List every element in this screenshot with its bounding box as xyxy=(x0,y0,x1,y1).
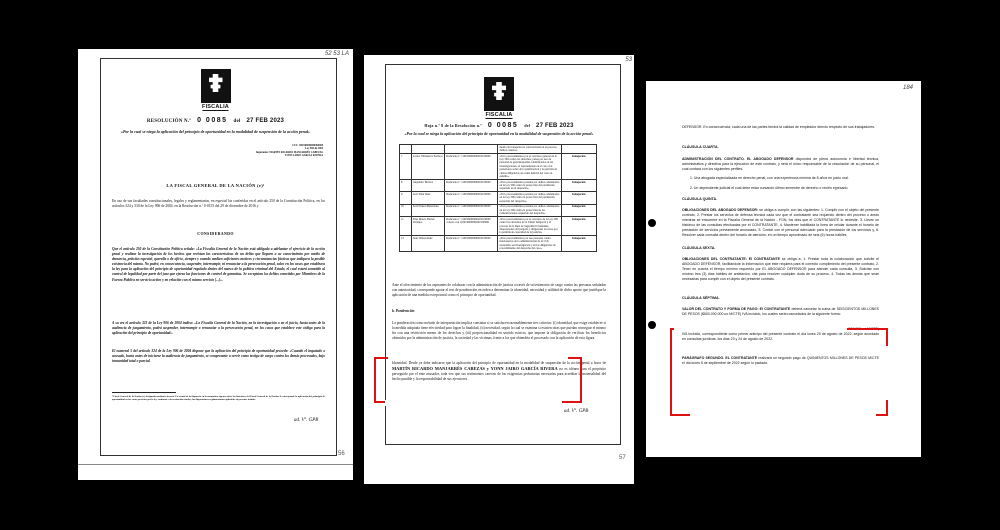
table-cell-radicado: Radicado n.º 110016000000202100000 xyxy=(445,192,498,204)
paragraph: Que el artículo 250 de la Constitución P… xyxy=(112,247,325,283)
paragraph: A su vez el artículo 323 de la Ley 906 d… xyxy=(112,321,325,336)
list-text: Un dependiente judicial el cual debe est… xyxy=(694,186,848,190)
table-cell-radicado: Radicado n.º 110016000000202100000 conex… xyxy=(445,217,498,236)
table-cell-no: 8 xyxy=(400,180,412,192)
clause-lead: VALOR DEL CONTRATO Y FORMA DE PAGO: El C… xyxy=(682,307,790,311)
table-cell-radicado xyxy=(445,145,498,154)
resolution-date: 27 FEB 2023 xyxy=(247,118,285,124)
paragraph: El numeral 5 del artículo 324 de la Ley … xyxy=(112,349,325,364)
table-cell-name: Luis Tafur Díaz xyxy=(411,192,444,204)
clause-heading: CLÁUSULA QUINTA. xyxy=(682,197,717,201)
table-cell-name: Luis Wilson Benavides xyxy=(411,204,444,216)
punch-hole xyxy=(648,219,656,227)
fiscalia-logo-icon xyxy=(484,77,514,111)
bracket-gap xyxy=(690,412,876,418)
table-cell-no: 9 xyxy=(400,192,412,204)
clause-paragraph: OBLIGACIONES DEL CONTRATANTE: El CONTRAT… xyxy=(682,257,879,282)
resolution-date: 27 FEB 2023 xyxy=(536,123,574,129)
resolution-number: 0 0085 xyxy=(197,117,227,124)
resolution-page-1: 52 53 LA FISCALIA RESOLUCIÓN N.º0 0085de… xyxy=(78,49,353,480)
footnote: ¹ Fiscal General de la Nación (e) design… xyxy=(112,395,325,401)
clause-lead: OBLIGACIONES DEL CONTRATANTE: El CONTRAT… xyxy=(682,257,780,261)
resolution-number: 0 0085 xyxy=(488,122,518,129)
handwritten-folio-note: 53 xyxy=(625,57,632,63)
clause-paragraph: ADMINISTRACIÓN DEL CONTRATO. EL ABOGADO … xyxy=(682,157,879,172)
clause-text: se obliga a cumplir, con las siguientes:… xyxy=(682,208,879,237)
table-cell-status: Indagación xyxy=(561,217,596,236)
table-cell-status xyxy=(561,145,596,154)
table-cell-status: Indagación xyxy=(561,180,596,192)
resolution-subtitle: «Por la cual se niega la aplicación del … xyxy=(394,131,604,136)
table-row: 8Alejandro BarriosRadicado n.º 110016000… xyxy=(400,180,597,192)
list-item: 1. Una abogada especializada en derecho … xyxy=(690,176,880,181)
table-cell-detail: «Tres procesamientos por el concurso gen… xyxy=(498,154,561,180)
footnote-rule xyxy=(112,392,176,393)
bracket-gap xyxy=(385,400,562,406)
table-cell-name xyxy=(411,145,444,154)
ponderacion-paragraph: La ponderación como método de interpreta… xyxy=(392,321,606,341)
table-cell-detail: «Tres procesamientos penales por delitos… xyxy=(498,204,561,216)
clause-lead: ADMINISTRACIÓN DEL CONTRATO. EL ABOGADO … xyxy=(682,157,793,161)
table-cell-name: Eder Mauro Bernal Ocampo xyxy=(411,217,444,236)
table-cell-status: Indagación xyxy=(561,204,596,216)
issuer-title: LA FISCAL GENERAL DE LA NACIÓN (e)¹ xyxy=(78,183,353,188)
red-bracket-annotation xyxy=(374,357,582,403)
page-number: 56 xyxy=(338,451,345,457)
resolution-subtitle: «Por la cual se niega la aplicación del … xyxy=(108,129,323,134)
clause-heading: CLÁUSULA CUARTA. xyxy=(682,145,719,149)
resolution-line: Hoja n.º 8 de la Resolución n.º0 0085del… xyxy=(364,122,634,129)
case-reference: CUI: 1100160000000000000 Ley 906 de 2004… xyxy=(233,144,323,158)
bracket-gap xyxy=(674,326,847,332)
scan-line xyxy=(78,464,353,465)
clause-lead: OBLIGACIONES DEL ABOGADO DEFENSOR: xyxy=(682,208,758,212)
ref-line: YONN JAIRO GARCÍA RIVERA xyxy=(233,154,323,157)
table-cell-no: 10 xyxy=(400,204,412,216)
clause-heading: CLÁUSULA SÉPTIMA. xyxy=(682,296,720,300)
resolution-prefix: RESOLUCIÓN N.º xyxy=(147,119,191,124)
table-cell-radicado: Radicado n.º 110016000000202100000 xyxy=(445,154,498,180)
table-cell-no: 12 xyxy=(400,236,412,252)
date-prefix: del xyxy=(524,123,530,128)
table-row: 9Luis Tafur DíazRadicado n.º 11001600000… xyxy=(400,192,597,204)
table-cell-name: Alejandro Barrios xyxy=(411,180,444,192)
table-cell-status: Indagación xyxy=(561,192,596,204)
list-item: 2. Un dependiente judicial el cual debe … xyxy=(690,186,880,191)
contract-page: 184 DEFENSOR. En consecuencia, cada una … xyxy=(646,81,921,457)
handwritten-folio-note: 184 xyxy=(903,85,913,91)
table-cell-name: Carlos Villanueva Pacheco xyxy=(411,154,444,180)
initials-signature: ad. Vº. GPB xyxy=(564,409,588,414)
logo-text: FISCALIA xyxy=(486,112,513,119)
fiscalia-logo-icon xyxy=(201,69,231,103)
page-number: 57 xyxy=(619,455,626,461)
punch-hole xyxy=(648,321,656,329)
bracket-gap xyxy=(883,346,891,400)
clause-paragraph: OBLIGACIONES DEL ABOGADO DEFENSOR: se ob… xyxy=(682,208,879,238)
date-prefix: del xyxy=(234,119,241,124)
table-cell-detail: «Tres procesamientos por uso personal co… xyxy=(498,236,561,252)
handwritten-folio-note: 52 53 LA xyxy=(325,51,349,57)
table-row: 7Carlos Villanueva PachecoRadicado n.º 1… xyxy=(400,154,597,180)
table-cell-status: Indagación xyxy=(561,154,596,180)
clause-heading: CLÁUSULA SEXTA. xyxy=(682,246,715,250)
red-bracket-annotation xyxy=(670,328,888,416)
resolution-prefix: Hoja n.º 8 de la Resolución n.º xyxy=(424,123,482,128)
table-cell-no: 11 xyxy=(400,217,412,236)
table-row: medio de transporte no convencional en e… xyxy=(400,145,597,154)
clause-paragraph: DEFENSOR. En consecuencia, cada una de l… xyxy=(682,125,879,130)
table-cell-no: 7 xyxy=(400,154,412,180)
clause-text: DEFENSOR. En consecuencia, cada una de l… xyxy=(682,125,875,129)
table-cell-radicado: Radicado n.º 110016000000202100000 xyxy=(445,236,498,252)
logo-text: FISCALIA xyxy=(202,104,229,111)
table-cell-detail: medio de transporte no convencional en e… xyxy=(498,145,561,154)
intro-paragraph: En uso de sus facultades constitucionale… xyxy=(112,199,325,209)
table-row: 11Eder Mauro Bernal OcampoRadicado n.º 1… xyxy=(400,217,597,236)
list-text: Una abogada especializada en derecho pen… xyxy=(694,176,849,180)
table-cell-detail: «Tres procesamientos penales por delitos… xyxy=(498,180,561,192)
table-cell-detail: «Tres procesamientos por el concurso de … xyxy=(498,217,561,236)
table-cell-radicado: Radicado n.º 110016000000202100000 xyxy=(445,204,498,216)
table-row: 12Juan Wilson RuizRadicado n.º 110016000… xyxy=(400,236,597,252)
resolution-line: RESOLUCIÓN N.º0 0085del27 FEB 2023 xyxy=(78,117,353,124)
paragraph: Ante el ofrecimiento de los aspirantes d… xyxy=(392,283,606,298)
table-row: 10Luis Wilson BenavidesRadicado n.º 1100… xyxy=(400,204,597,216)
table-cell-status: Indagación xyxy=(561,236,596,252)
considerando-heading: CONSIDERANDO xyxy=(78,231,353,236)
table-cell-radicado: Radicado n.º 110016000000202100000 xyxy=(445,180,498,192)
resolution-page-2: 53 FISCALIA Hoja n.º 8 de la Resolución … xyxy=(364,55,634,484)
table-cell-detail: «Tres procesamientos penales por delitos… xyxy=(498,192,561,204)
clause-paragraph: VALOR DEL CONTRATO Y FORMA DE PAGO: El C… xyxy=(682,307,879,317)
bracket-gap xyxy=(388,355,568,361)
table-cell-name: Juan Wilson Ruiz xyxy=(411,236,444,252)
initials-signature: ad. Vº. GPB xyxy=(294,418,318,423)
case-table: medio de transporte no convencional en e… xyxy=(399,144,597,252)
section-heading: b. Ponderación xyxy=(392,309,415,314)
table-cell-no xyxy=(400,145,412,154)
